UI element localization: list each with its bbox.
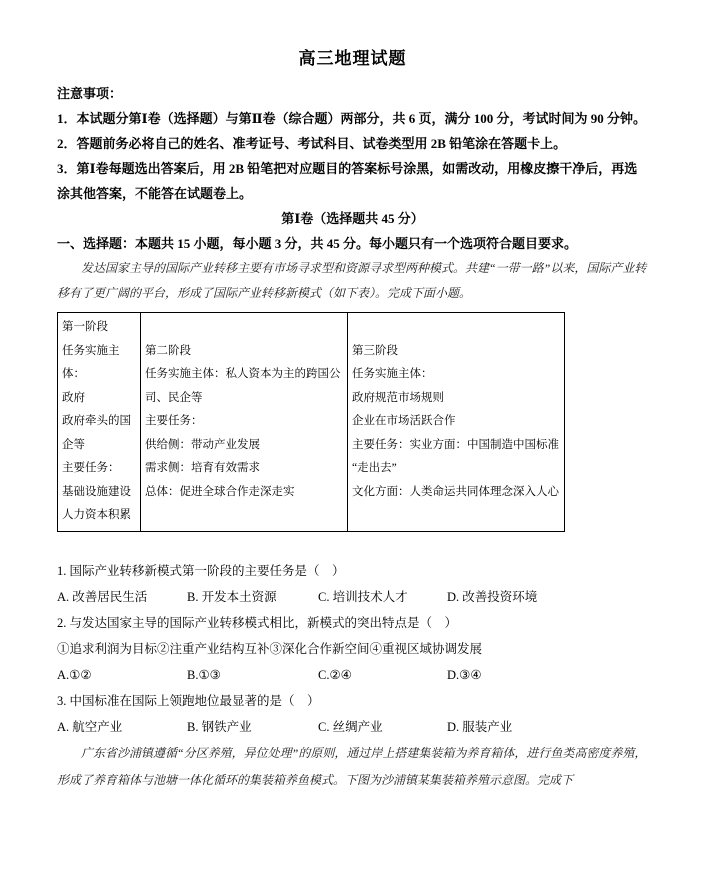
passage-industry-transfer: 发达国家主导的国际产业转移主要有市场寻求型和资源寻求型两种模式。共建“一带一路”… <box>57 256 648 306</box>
page-title: 高三地理试题 <box>57 45 648 73</box>
question-2-options: A.①② B.①③ C.②④ D.③④ <box>57 662 648 688</box>
stage3-cell: 第三阶段 任务实施主体： 政府规范市场规则 企业在市场活跃合作 主要任务：实业方… <box>348 313 565 532</box>
option-a: A. 航空产业 <box>57 714 187 740</box>
option-d: D. 改善投资环境 <box>447 584 648 610</box>
option-d: D.③④ <box>447 662 648 688</box>
question-1: 1. 国际产业转移新模式第一阶段的主要任务是（ ） A. 改善居民生活 B. 开… <box>57 558 648 610</box>
notice-item-3: 3．第Ⅰ卷每题选出答案后，用 2B 铅笔把对应题目的答案标号涂黑，如需改动，用橡… <box>57 156 648 206</box>
stages-table: 第一阶段 任务实施主 体： 政府 政府牵头的国 企等 主要任务： 基础设施建设 … <box>57 312 565 532</box>
option-b: B.①③ <box>187 662 318 688</box>
passage-fish-farming: 广东省沙浦镇遵循“分区养殖，异位处理”的原则，通过岸上搭建集装箱为养育箱体，进行… <box>57 740 648 794</box>
option-c: C.②④ <box>318 662 447 688</box>
section-title: 第Ⅰ卷（选择题共 45 分） <box>57 206 648 231</box>
stage2-cell: 第二阶段 任务实施主体：私人资本为主的跨国公 司、民企等 主要任务： 供给侧：带… <box>141 313 348 532</box>
notice-heading: 注意事项： <box>57 81 648 106</box>
option-c: C. 培训技术人才 <box>318 584 447 610</box>
question-2-sub-options: ①追求利润为目标②注重产业结构互补③深化合作新空间④重视区域协调发展 <box>57 636 648 662</box>
question-2-text: 2. 与发达国家主导的国际产业转移模式相比，新模式的突出特点是（ ） <box>57 610 648 636</box>
question-1-text: 1. 国际产业转移新模式第一阶段的主要任务是（ ） <box>57 558 648 584</box>
question-3-options: A. 航空产业 B. 钢铁产业 C. 丝绸产业 D. 服装产业 <box>57 714 648 740</box>
question-3-text: 3. 中国标准在国际上领跑地位最显著的是（ ） <box>57 688 648 714</box>
notice-item-1: 1．本试题分第Ⅰ卷（选择题）与第Ⅱ卷（综合题）两部分，共 6 页，满分 100 … <box>57 106 648 131</box>
questions-area: 1. 国际产业转移新模式第一阶段的主要任务是（ ） A. 改善居民生活 B. 开… <box>57 558 648 794</box>
option-b: B. 钢铁产业 <box>187 714 318 740</box>
option-d: D. 服装产业 <box>447 714 648 740</box>
question-2: 2. 与发达国家主导的国际产业转移模式相比，新模式的突出特点是（ ） ①追求利润… <box>57 610 648 688</box>
table-row: 第一阶段 任务实施主 体： 政府 政府牵头的国 企等 主要任务： 基础设施建设 … <box>58 313 565 532</box>
question-1-options: A. 改善居民生活 B. 开发本土资源 C. 培训技术人才 D. 改善投资环境 <box>57 584 648 610</box>
option-a: A.①② <box>57 662 187 688</box>
option-c: C. 丝绸产业 <box>318 714 447 740</box>
option-a: A. 改善居民生活 <box>57 584 187 610</box>
section-instruction: 一、选择题：本题共 15 小题，每小题 3 分，共 45 分。每小题只有一个选项… <box>57 231 648 256</box>
exam-page: 高三地理试题 注意事项： 1．本试题分第Ⅰ卷（选择题）与第Ⅱ卷（综合题）两部分，… <box>0 0 701 877</box>
question-3: 3. 中国标准在国际上领跑地位最显著的是（ ） A. 航空产业 B. 钢铁产业 … <box>57 688 648 740</box>
stage1-cell: 第一阶段 任务实施主 体： 政府 政府牵头的国 企等 主要任务： 基础设施建设 … <box>58 313 141 532</box>
page-content: 高三地理试题 注意事项： 1．本试题分第Ⅰ卷（选择题）与第Ⅱ卷（综合题）两部分，… <box>0 0 701 794</box>
option-b: B. 开发本土资源 <box>187 584 318 610</box>
notice-item-2: 2．答题前务必将自己的姓名、准考证号、考试科目、试卷类型用 2B 铅笔涂在答题卡… <box>57 131 648 156</box>
